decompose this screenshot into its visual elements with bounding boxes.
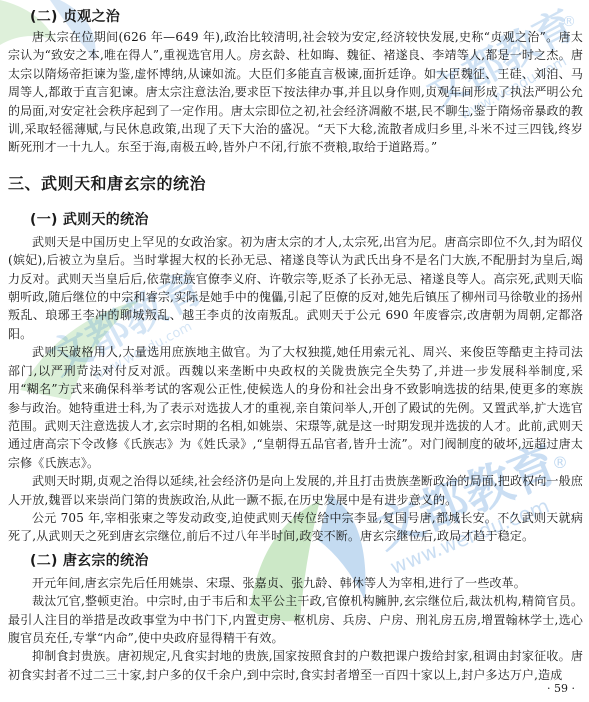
- paragraph: 公元 705 年,宰相张柬之等发动政变,迫使武则天传位给中宗李显,复国号唐,都城…: [8, 509, 583, 546]
- subsection-heading-zhenguan: (二) 贞观之治: [8, 6, 583, 28]
- paragraph: 武则天时期,贞观之治得以延续,社会经济仍是向上发展的,并且打击贵族垄断政治的局面…: [8, 472, 583, 509]
- paragraph: 唐太宗在位期间(626 年—649 年),政治比较清明,社会较为安定,经济较快发…: [8, 28, 583, 157]
- paragraph: 裁汰冗官,整顿吏治。中宗时,由于韦后和太平公主干政,官僚机构臃肿,玄宗继位后,裁…: [8, 592, 583, 647]
- paragraph: 开元年间,唐玄宗先后任用姚崇、宋璟、张嘉贞、张九龄、韩休等人为宰相,进行了一些改…: [8, 574, 583, 592]
- page-content: (二) 贞观之治 唐太宗在位期间(626 年—649 年),政治比较清明,社会较…: [8, 0, 583, 684]
- subsection-heading-wuzetian: (一) 武则天的统治: [8, 209, 583, 231]
- subsection-heading-xuanzong: (二) 唐玄宗的统治: [8, 550, 583, 572]
- section-heading: 三、武则天和唐玄宗的统治: [8, 171, 583, 197]
- paragraph: 武则天破格用人,大量选用庶族地主做官。为了大权独揽,她任用索元礼、周兴、来俊臣等…: [8, 343, 583, 472]
- document-page: 文都教育 www.wendu.com ® 文都教育 www.wendu.com …: [0, 0, 589, 702]
- paragraph: 武则天是中国历史上罕见的女政治家。初为唐太宗的才人,太宗死,出宫为尼。唐高宗即位…: [8, 233, 583, 343]
- paragraph: 抑制食封贵族。唐初规定,凡食实封地的贵族,国家按照食封的户数把课户拨给封家,租调…: [8, 647, 583, 684]
- page-number: · 59 ·: [547, 682, 575, 695]
